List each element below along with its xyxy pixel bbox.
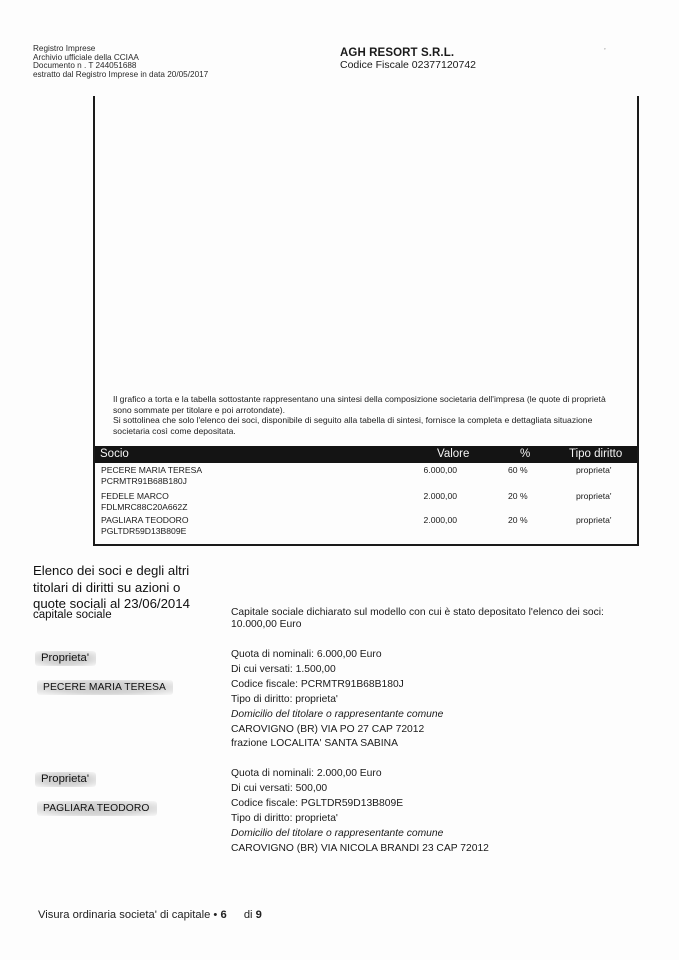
company-header: AGH RESORT S.R.L. Codice Fiscale 0237712… [340, 47, 476, 71]
socio-name: PAGLIARA TEODORO [101, 515, 189, 525]
holder-role-tag: Proprieta' [35, 651, 96, 666]
holder-name-tag: PAGLIARA TEODORO [37, 801, 157, 816]
domicile-label: Domicilio del titolare o rappresentante … [231, 827, 489, 842]
domicile-frazione: frazione LOCALITA' SANTA SABINA [231, 737, 443, 752]
holder-name-tag: PECERE MARIA TERESA [37, 680, 173, 695]
socio-valore: 2.000,00 [424, 491, 457, 501]
socio-percent: 60 % [508, 465, 528, 475]
table-row: PAGLIARA TEODORO PGLTDR59D13B809E 2.000,… [95, 513, 637, 539]
socio-percent: 20 % [508, 491, 528, 501]
holder-fiscal-code: Codice fiscale: PGLTDR59D13B809E [231, 797, 489, 812]
socio-valore: 2.000,00 [424, 515, 457, 525]
page-total: 9 [256, 909, 262, 921]
socio-name: PECERE MARIA TERESA [101, 465, 202, 475]
table-row: PECERE MARIA TERESA PCRMTR91B68B180J 6.0… [95, 463, 637, 489]
company-fiscal-code: Codice Fiscale 02377120742 [340, 59, 476, 71]
section-title: Elenco dei soci e degli altri titolari d… [33, 563, 190, 613]
capital-line: Capitale sociale dichiarato sul modello … [231, 607, 604, 619]
socio-fiscal-code: FDLMRC88C20A662Z [101, 502, 187, 512]
header-socio: Socio [100, 446, 129, 463]
note-line: Il grafico a torta e la tabella sottosta… [113, 394, 633, 405]
extract-date: estratto dal Registro Imprese in data 20… [33, 71, 208, 80]
note-line: sono sommate per titolare e poi arrotond… [113, 405, 633, 416]
page-of-label: di [244, 909, 253, 921]
domicile-address: CAROVIGNO (BR) VIA NICOLA BRANDI 23 CAP … [231, 842, 489, 857]
versati: Di cui versati: 1.500,00 [231, 663, 443, 678]
holder-fiscal-code: Codice fiscale: PCRMTR91B68B180J [231, 678, 443, 693]
holder-role-tag: Proprieta' [35, 772, 96, 787]
holder-details: Quota di nominali: 6.000,00 Euro Di cui … [231, 648, 443, 752]
declared-capital: Capitale sociale dichiarato sul modello … [231, 607, 604, 631]
holder-right-type: Tipo di diritto: proprieta' [231, 693, 443, 708]
domicile-address: CAROVIGNO (BR) VIA PO 27 CAP 72012 [231, 723, 443, 738]
registry-header: Registro Imprese Archivio ufficiale dell… [33, 45, 208, 79]
header-valore: Valore [437, 446, 469, 463]
socio-tipo: proprieta' [576, 515, 612, 525]
capital-amount: 10.000,00 Euro [231, 619, 604, 631]
scan-speck: ’ [604, 47, 606, 56]
quota-nominali: Quota di nominali: 2.000,00 Euro [231, 767, 489, 782]
holder-details: Quota di nominali: 2.000,00 Euro Di cui … [231, 767, 489, 856]
note-line: Si sottolinea che solo l'elenco dei soci… [113, 415, 633, 426]
page-number: 6 [220, 909, 226, 921]
ownership-table-header: Socio Valore % Tipo diritto [95, 446, 637, 463]
socio-tipo: proprieta' [576, 491, 612, 501]
socio-tipo: proprieta' [576, 465, 612, 475]
company-name: AGH RESORT S.R.L. [340, 47, 476, 59]
versati: Di cui versati: 500,00 [231, 782, 489, 797]
page-footer: Visura ordinaria societa' di capitale • … [38, 909, 262, 921]
socio-fiscal-code: PGLTDR59D13B809E [101, 526, 186, 536]
document-type: Visura ordinaria societa' di capitale • [38, 909, 217, 921]
holder-right-type: Tipo di diritto: proprieta' [231, 812, 489, 827]
quota-nominali: Quota di nominali: 6.000,00 Euro [231, 648, 443, 663]
header-percent: % [520, 446, 530, 463]
section-title-line: Elenco dei soci e degli altri [33, 563, 190, 580]
section-title-line: titolari di diritti su azioni o [33, 580, 190, 597]
ownership-summary-box: Il grafico a torta e la tabella sottosta… [93, 96, 639, 546]
table-row: FEDELE MARCO FDLMRC88C20A662Z 2.000,00 2… [95, 489, 637, 515]
header-tipo-diritto: Tipo diritto [569, 446, 622, 463]
socio-valore: 6.000,00 [424, 465, 457, 475]
socio-name: FEDELE MARCO [101, 491, 169, 501]
note-line: societaria così come depositata. [113, 426, 633, 437]
summary-note: Il grafico a torta e la tabella sottosta… [113, 394, 633, 436]
section-subtitle: capitale sociale [33, 609, 112, 621]
socio-percent: 20 % [508, 515, 528, 525]
domicile-label: Domicilio del titolare o rappresentante … [231, 708, 443, 723]
socio-fiscal-code: PCRMTR91B68B180J [101, 476, 187, 486]
